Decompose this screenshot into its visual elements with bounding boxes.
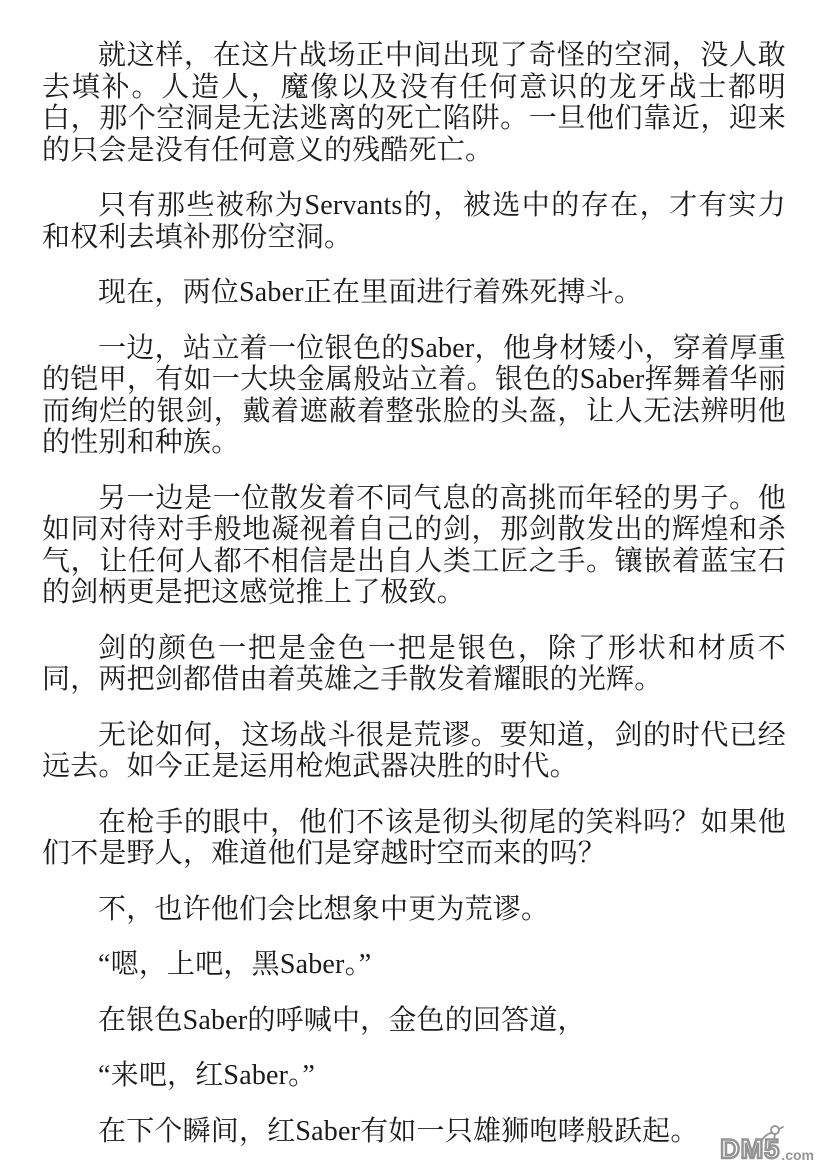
paragraph: 在下个瞬间，红Saber有如一只雄狮咆哮般跃起。 xyxy=(42,1116,786,1148)
paragraph: 不，也许他们会比想象中更为荒谬。 xyxy=(42,894,786,926)
paragraph: 无论如何，这场战斗很是荒谬。要知道，剑的时代已经远去。如今正是运用枪炮武器决胜的… xyxy=(42,720,786,783)
paragraph: 在银色Saber的呼喊中，金色的回答道， xyxy=(42,1005,786,1037)
dm5-mascot-icon xyxy=(758,1124,784,1147)
paragraph: 一边，站立着一位银色的Saber，他身材矮小，穿着厚重的铠甲，有如一大块金属般站… xyxy=(42,333,786,459)
paragraph: 剑的颜色一把是金色一把是银色，除了形状和材质不同，两把剑都借由着英雄之手散发着耀… xyxy=(42,633,786,696)
paragraph-dialogue: “嗯，上吧，黑Saber。” xyxy=(42,949,786,981)
dm5-watermark-logo: DM5 .com xyxy=(720,1136,814,1163)
paragraph: 现在，两位Saber正在里面进行着殊死搏斗。 xyxy=(42,277,786,309)
novel-page-text: 就这样，在这片战场正中间出现了奇怪的空洞，没人敢去填补。人造人，魔像以及没有任何… xyxy=(0,0,828,1147)
paragraph: 在枪手的眼中，他们不该是彻头彻尾的笑料吗？如果他们不是野人，难道他们是穿越时空而… xyxy=(42,807,786,870)
paragraph-dialogue: “来吧，红Saber。” xyxy=(42,1060,786,1092)
watermark-suffix-text: .com xyxy=(781,1147,814,1163)
paragraph: 只有那些被称为Servants的，被选中的存在，才有实力和权利去填补那份空洞。 xyxy=(42,190,786,253)
paragraph: 就这样，在这片战场正中间出现了奇怪的空洞，没人敢去填补。人造人，魔像以及没有任何… xyxy=(42,40,786,166)
paragraph: 另一边是一位散发着不同气息的高挑而年轻的男子。他如同对待对手般地凝视着自己的剑，… xyxy=(42,483,786,609)
